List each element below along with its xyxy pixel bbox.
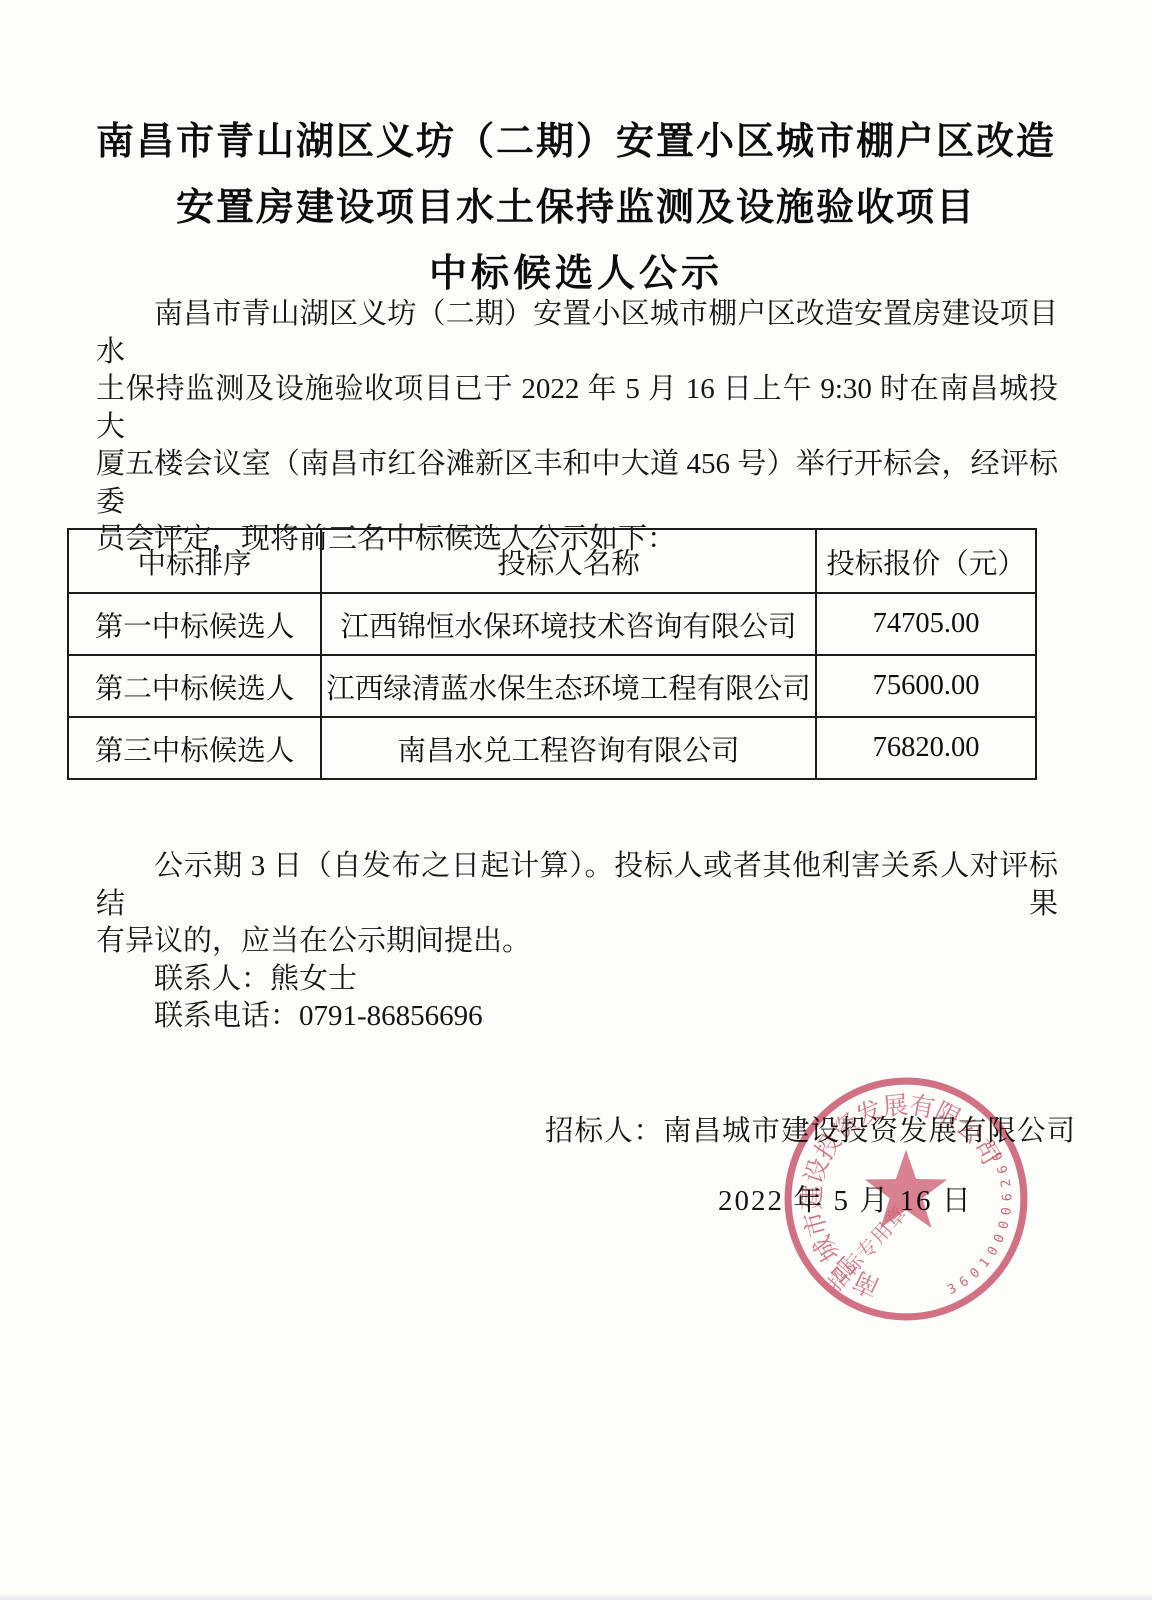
cell-price: 74705.00 [816,593,1036,655]
svg-text:0: 0 [985,1244,1002,1259]
notice-line-1: 公示期 3 日（自发布之日起计算）。投标人或者其他利害关系人对评标结果 [96,848,1058,923]
svg-text:0: 0 [996,1219,1013,1231]
svg-text:0: 0 [967,1265,983,1281]
notice-line-2: 有异议的，应当在公示期间提出。 [96,923,1058,961]
svg-text:0: 0 [991,1232,1008,1245]
intro-paragraph: 南昌市青山湖区义坊（二期）安置小区城市棚户区改造安置房建设项目水 土保持监测及设… [96,296,1058,559]
cell-bidder: 江西锦恒水保环境技术咨询有限公司 [321,593,816,655]
doc-title-line-1: 南昌市青山湖区义坊（二期）安置小区城市棚户区改造 [0,108,1152,174]
intro-line: 土保持监测及设施验收项目已于 2022 年 5 月 16 日上午 9:30 时在… [96,371,1058,446]
table-row: 第一中标候选人 江西锦恒水保环境技术咨询有限公司 74705.00 [68,593,1036,655]
table-header-row: 中标排序 投标人名称 投标报价（元） [68,529,1036,593]
svg-text:展: 展 [881,1090,909,1122]
cell-rank: 第二中标候选人 [68,655,321,717]
table-row: 第三中标候选人 南昌水兑工程咨询有限公司 76820.00 [68,717,1036,779]
table-row: 第二中标候选人 江西绿清蓝水保生态环境工程有限公司 75600.00 [68,655,1036,717]
bid-candidates-table: 中标排序 投标人名称 投标报价（元） 第一中标候选人 江西锦恒水保环境技术咨询有… [67,528,1037,780]
cell-rank: 第三中标候选人 [68,717,321,779]
company-stamp: 南昌城市建设投资发展有限公司 3601000062668 招标专用章 [777,1070,1035,1328]
doc-title-line-2: 安置房建设项目水土保持监测及设施验收项目 [0,174,1152,240]
cell-price: 76820.00 [816,717,1036,779]
svg-text:2: 2 [999,1178,1015,1188]
notice-paragraph: 公示期 3 日（自发布之日起计算）。投标人或者其他利害关系人对评标结果 有异议的… [96,848,1058,1036]
svg-text:6: 6 [995,1163,1012,1175]
header-cell-rank: 中标排序 [68,529,321,593]
cell-price: 75600.00 [816,655,1036,717]
header-cell-bidder: 投标人名称 [321,529,816,593]
contact-person-line: 联系人：熊女士 [96,961,1058,999]
svg-text:3: 3 [945,1281,959,1298]
intro-line: 南昌市青山湖区义坊（二期）安置小区城市棚户区改造安置房建设项目水 [96,296,1058,371]
cell-bidder: 南昌水兑工程咨询有限公司 [321,717,816,779]
svg-text:建: 建 [798,1185,827,1211]
svg-text:6: 6 [957,1274,972,1291]
contact-phone-line: 联系电话：0791-86856696 [96,998,1058,1036]
scan-artifact [0,1593,1152,1600]
announcement-page: 南昌市青山湖区义坊（二期）安置小区城市棚户区改造 安置房建设项目水土保持监测及设… [0,0,1152,1600]
svg-text:0: 0 [999,1206,1015,1216]
svg-text:6: 6 [1000,1193,1015,1201]
intro-line: 厦五楼会议室（南昌市红谷滩新区丰和中大道 456 号）举行开标会，经评标委 [96,446,1058,521]
cell-rank: 第一中标候选人 [68,593,321,655]
svg-text:1: 1 [977,1255,994,1271]
header-cell-price: 投标报价（元） [816,529,1036,593]
cell-bidder: 江西绿清蓝水保生态环境工程有限公司 [321,655,816,717]
